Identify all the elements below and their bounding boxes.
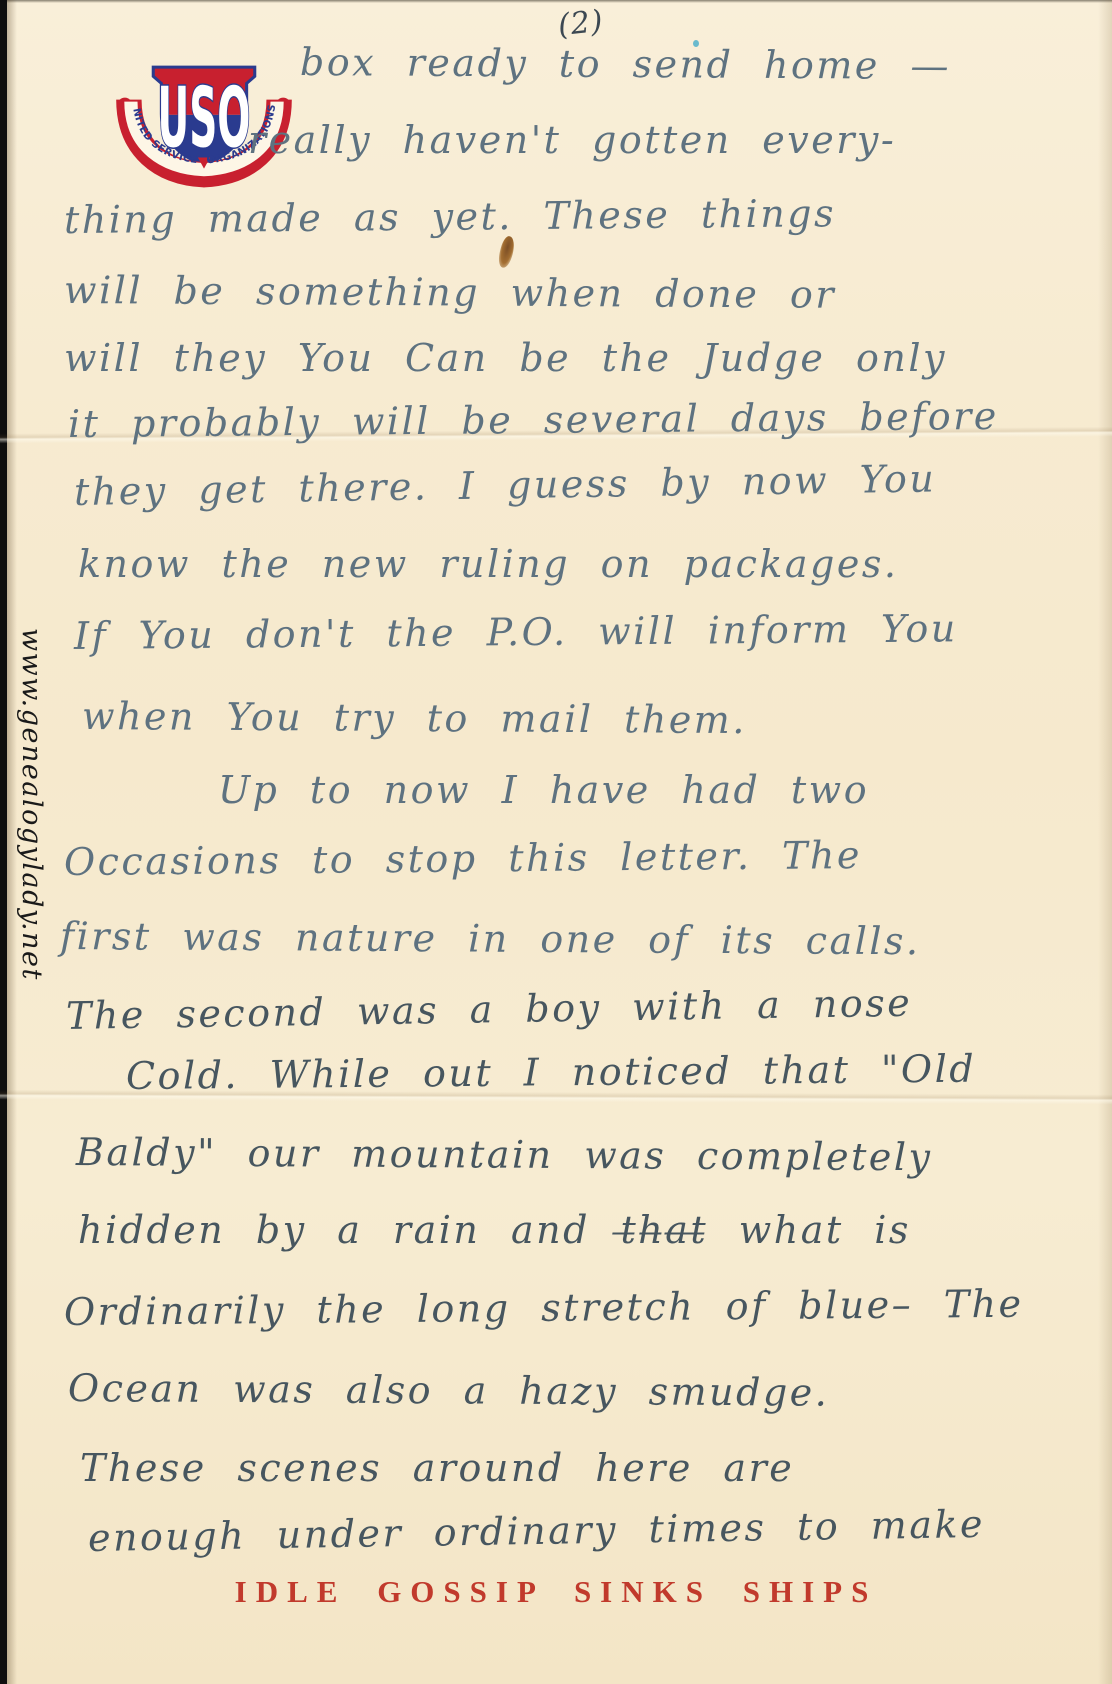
handwritten-line: These scenes around here are: [80, 1446, 794, 1490]
handwritten-line: really haven't gotten every-: [248, 118, 896, 162]
handwritten-line: Occasions to stop this letter. The: [64, 833, 862, 884]
handwritten-line: box ready to send home —: [300, 40, 951, 88]
watermark-text: www.genealogylady.net: [16, 628, 47, 1088]
scan-top-edge: [0, 0, 1112, 3]
stationery-slogan: IDLE GOSSIP SINKS SHIPS: [0, 1574, 1112, 1610]
handwritten-line: first was nature in one of its calls.: [60, 914, 921, 963]
handwritten-line: will they You Can be the Judge only: [64, 336, 947, 380]
ink-speck: [693, 40, 699, 47]
handwritten-line: Ordinarily the long stretch of blue– The: [64, 1282, 1024, 1334]
handwritten-line: thing made as yet. These things: [64, 191, 836, 242]
handwritten-line: The second was a boy with a nose: [66, 981, 913, 1038]
handwritten-line: when You try to mail them.: [82, 694, 747, 742]
handwritten-line: know the new ruling on packages.: [78, 542, 898, 586]
handwritten-line: it probably will be several days before: [68, 394, 999, 446]
paper-stain: [496, 235, 516, 269]
handwritten-line: Baldy" our mountain was completely: [76, 1130, 933, 1179]
handwritten-line: Cold. While out I noticed that "Old: [126, 1047, 976, 1098]
handwritten-line: Up to now I have had two: [218, 768, 869, 812]
handwritten-line: they get there. I guess by now You: [74, 456, 937, 514]
scan-left-edge: [0, 0, 7, 1684]
handwritten-line: will be something when done or: [64, 268, 836, 317]
handwritten-line: hidden by a rain and t̶h̶a̶t̶ what is: [78, 1208, 911, 1252]
letter-scan: USO UNITED SERVICE ORGANIZATIONS (2) box…: [0, 0, 1112, 1684]
handwritten-line: enough under ordinary times to make: [88, 1502, 986, 1560]
handwritten-line: If You don't the P.O. will inform You: [74, 606, 958, 658]
handwritten-line: Ocean was also a hazy smudge.: [68, 1366, 830, 1415]
scan-right-shading: [1098, 0, 1112, 1684]
page-number: (2): [556, 4, 605, 44]
